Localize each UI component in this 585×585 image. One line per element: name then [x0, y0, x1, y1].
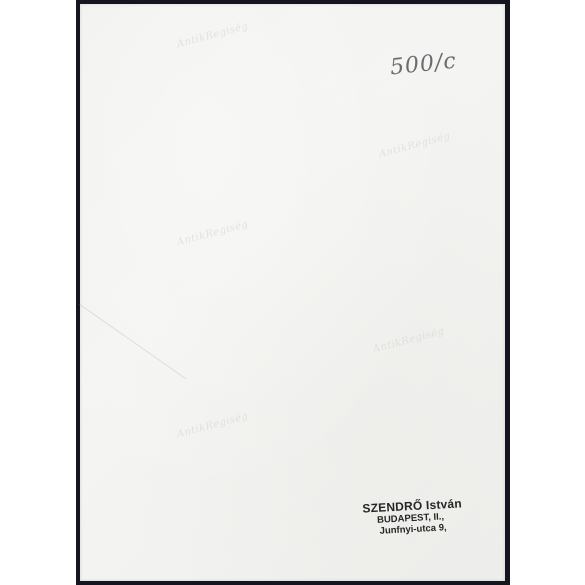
photographer-stamp: SZENDRŐ István BUDAPEST, II., Junfnyi-ut… — [362, 497, 463, 538]
paper-crease — [79, 304, 186, 379]
photo-back-paper — [80, 4, 505, 581]
